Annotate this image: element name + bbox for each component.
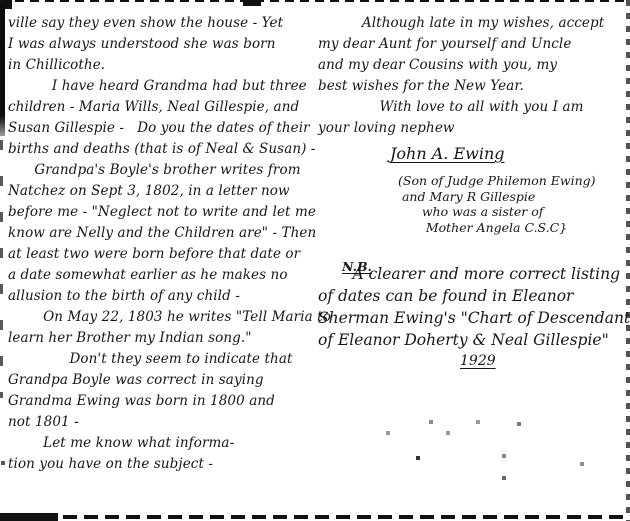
annotation-line: Mother Angela C.S.C} [398,220,626,236]
closing-paragraph: Although late in my wishes, accept my de… [318,13,626,139]
handwritten-line: a date somewhat earlier as he makes no [8,265,312,286]
nb-line: Sherman Ewing's "Chart of Descendants [318,307,626,329]
handwritten-line: best wishes for the New Year. [318,76,626,97]
handwritten-line: births and deaths (that is of Neal & Sus… [8,139,312,160]
handwritten-line: ville say they even show the house - Yet [8,13,312,34]
handwritten-line: I have heard Grandma had but three [8,76,312,97]
annotation-line: who was a sister of [398,204,626,220]
handwritten-line: Grandpa Boyle was correct in saying [8,370,312,391]
signature: John A. Ewing [390,144,626,163]
scan-corner-top-left [0,0,12,9]
nb-year: 1929 [460,353,626,369]
handwritten-line: Let me know what informa- [8,433,312,454]
handwritten-line: allusion to the birth of any child - [8,286,312,307]
handwritten-line: I was always understood she was born [8,34,312,55]
scan-edge-right [626,0,630,521]
handwritten-line: know are Nelly and the Children are" - T… [8,223,312,244]
handwritten-line: not 1801 - [8,412,312,433]
scan-specks [0,0,2,2]
handwritten-line: my dear Aunt for yourself and Uncle [318,34,626,55]
nb-line: of dates can be found in Eleanor [318,285,626,307]
handwritten-line: at least two were born before that date … [8,244,312,265]
handwritten-line: learn her Brother my Indian song." [8,328,312,349]
handwritten-line: tion you have on the subject - [8,454,312,475]
nb-note: N.B. A clearer and more correct listing … [318,263,626,369]
annotation-block: (Son of Judge Philemon Ewing) and Mary R… [398,173,626,235]
handwritten-line: Grandpa's Boyle's brother writes from [8,160,312,181]
nb-line: of Eleanor Doherty & Neal Gillespie" [318,329,626,351]
scan-edge-bottom [0,515,630,519]
scan-corner-bottom-left [0,513,58,521]
handwritten-line: and my dear Cousins with you, my [318,55,626,76]
handwritten-line: With love to all with you I am [318,97,626,118]
scan-edge-left-lower [0,140,3,398]
annotation-line: and Mary R Gillespie [398,189,626,205]
left-column: ville say they even show the house - Yet… [8,13,312,475]
handwritten-line: in Chillicothe. [8,55,312,76]
handwritten-line: your loving nephew [318,118,626,139]
scanned-letter-page: ville say they even show the house - Yet… [0,0,630,521]
scan-blob-top [243,0,261,6]
handwritten-line: before me - "Neglect not to write and le… [8,202,312,223]
handwritten-line: Natchez on Sept 3, 1802, in a letter now [8,181,312,202]
handwritten-line: Grandma Ewing was born in 1800 and [8,391,312,412]
scan-edge-top [0,0,630,2]
nb-label: N.B. [342,259,372,274]
nb-lines: A clearer and more correct listing of da… [318,263,626,351]
handwritten-line: Although late in my wishes, accept [318,13,626,34]
handwritten-line: Don't they seem to indicate that [8,349,312,370]
handwritten-line: children - Maria Wills, Neal Gillespie, … [8,97,312,118]
annotation-line: (Son of Judge Philemon Ewing) [398,173,626,189]
right-column: Although late in my wishes, accept my de… [318,13,626,369]
handwritten-line: Susan Gillespie - Do you the dates of th… [8,118,312,139]
handwritten-line: On May 22, 1803 he writes "Tell Maria to [8,307,312,328]
scan-edge-left [0,4,5,136]
